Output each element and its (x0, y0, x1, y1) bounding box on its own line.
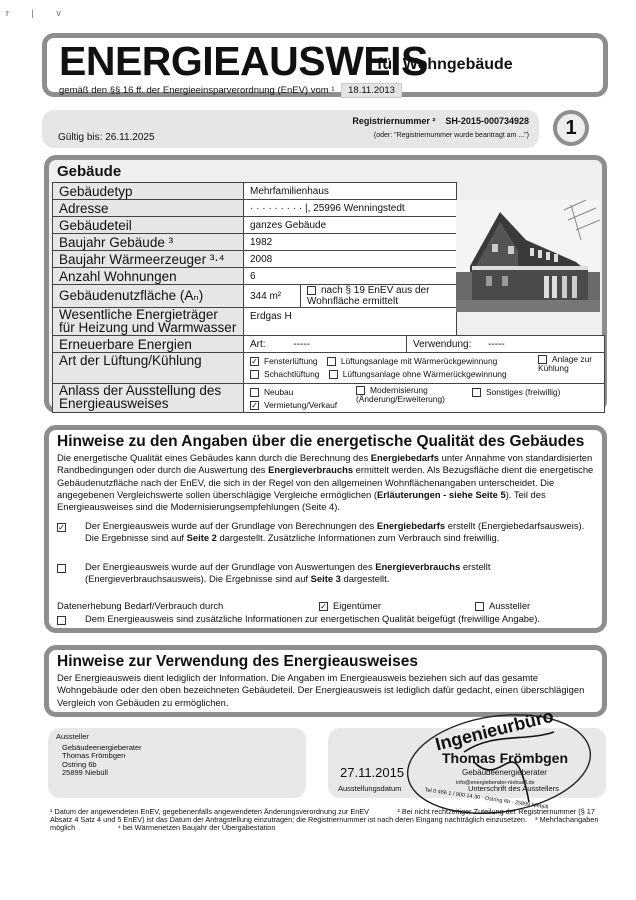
area-option-label: nach § 19 EnEV aus der Wohnfläche ermitt… (307, 285, 429, 307)
checkbox[interactable] (329, 370, 338, 379)
table-row: Anlass der Ausstellung des Energieauswei… (53, 384, 605, 413)
legal-basis: gemäß den §§ 16 ff. der Energieeinsparve… (59, 83, 402, 98)
table-row: Baujahr Gebäude ³1982 (53, 234, 457, 251)
table-row: Gebäudenutzfläche (Aₙ) 344 m² nach § 19 … (53, 285, 457, 308)
row-label: Adresse (53, 200, 244, 217)
row-label: Gebäudenutzfläche (Aₙ) (53, 285, 244, 308)
checkbox[interactable] (57, 564, 66, 573)
renewable-art: Art: ----- (244, 336, 407, 353)
table-row: Erneuerbare Energien Art: ----- Verwendu… (53, 336, 605, 353)
row-label: Anzahl Wohnungen (53, 268, 244, 285)
renewable-use-value: ----- (488, 339, 505, 350)
row-label: Art der Lüftung/Kühlung (53, 353, 244, 384)
row-value: 344 m² (244, 285, 301, 308)
scan-marks: r | v (6, 8, 71, 18)
row-label: Gebäudeteil (53, 217, 244, 234)
ventilation-options: ✓Fensterlüftung Lüftungsanlage mit Wärme… (244, 353, 605, 384)
issuer-box: Aussteller Gebäudeenergieberater Thomas … (48, 728, 306, 798)
issue-date-label: Ausstellungsdatum (338, 784, 401, 793)
quality-notes-title: Hinweise zu den Angaben über die energet… (57, 433, 584, 451)
option-label: Eigentümer (333, 600, 381, 611)
row-label: Gebäudetyp (53, 183, 244, 200)
issue-date: 27.11.2015 (340, 765, 404, 780)
building-table-lower: Erneuerbare Energien Art: ----- Verwendu… (52, 335, 605, 413)
table-row: Art der Lüftung/Kühlung ✓Fensterlüftung … (53, 353, 605, 384)
quality-notes-section: Hinweise zu den Angaben über die energet… (44, 425, 607, 633)
row-label: Baujahr Wärmeerzeuger ³·⁴ (53, 251, 244, 268)
checkbox[interactable] (307, 286, 316, 295)
option-fensterlueftung[interactable]: ✓Fensterlüftung (250, 356, 318, 366)
usage-notes-section: Hinweise zur Verwendung des Energieauswe… (44, 645, 607, 717)
option-text: Der Energieausweis wurde auf der Grundla… (85, 520, 597, 545)
legal-basis-text: gemäß den §§ 16 ff. der Energieeinsparve… (59, 85, 334, 96)
checkbox-checked[interactable]: ✓ (57, 523, 66, 532)
data-collection-label: Datenerhebung Bedarf/Verbrauch durch (57, 600, 223, 611)
issuer-line: 25899 Niebüll (62, 769, 142, 777)
row-label: Anlass der Ausstellung des Energieauswei… (53, 384, 244, 413)
checkbox-checked[interactable]: ✓ (250, 357, 259, 366)
option-label: Vermietung/Verkauf (264, 400, 337, 410)
registration: Registriernummer ² SH-2015-000734928 (352, 116, 529, 126)
option-lueftung-mit-wrg[interactable]: Lüftungsanlage mit Wärmerückgewinnung (327, 356, 497, 366)
option-label: Lüftungsanlage ohne Wärmerückgewinnung (343, 369, 507, 379)
option-label: Neubau (264, 387, 293, 397)
checkbox[interactable] (250, 388, 259, 397)
option-label: Schachtlüftung (264, 369, 319, 379)
table-row: GebäudetypMehrfamilienhaus (53, 183, 457, 200)
building-photo (456, 200, 600, 312)
renewable-art-label: Art: (250, 339, 266, 350)
renewable-use-label: Verwendung: (413, 339, 471, 350)
table-row: Baujahr Wärmeerzeuger ³·⁴2008 (53, 251, 457, 268)
issuer-address: Gebäudeenergieberater Thomas Frömbgen Os… (62, 744, 142, 777)
option-lueftung-ohne-wrg[interactable]: Lüftungsanlage ohne Wärmerückgewinnung (329, 369, 507, 379)
row-value: Mehrfamilienhaus (244, 183, 457, 200)
option-label: Sonstiges (freiwillig) (486, 387, 560, 397)
text: Die energetische Qualität eines Gebäudes… (57, 452, 371, 463)
checkbox[interactable] (57, 616, 66, 625)
row-value: · · · · · · · · · |, 25996 Wenningstedt (244, 200, 457, 217)
validity-bar: Gültig bis: 26.11.2025 Registriernummer … (42, 110, 539, 148)
option-label: Fensterlüftung (264, 356, 318, 366)
document-title: ENERGIEAUSWEIS (59, 38, 428, 84)
table-row: Adresse· · · · · · · · · |, 25996 Wennin… (53, 200, 457, 217)
registration-note: (oder: "Registriernummer wurde beantragt… (374, 132, 529, 139)
option-label: Lüftungsanlage mit Wärmerückgewinnung (341, 356, 497, 366)
valid-until: Gültig bis: 26.11.2025 (58, 132, 155, 143)
footnotes: ¹ Datum der angewendeten EnEV, gegebenen… (50, 808, 610, 833)
option-label: Aussteller (489, 600, 530, 611)
checkbox[interactable] (250, 370, 259, 379)
issuer-label: Aussteller (56, 732, 89, 741)
document-header: ENERGIEAUSWEIS für Wohngebäude gemäß den… (42, 33, 608, 97)
renewable-use: Verwendung: ----- (407, 336, 605, 353)
bold-text: Energiebedarfs (371, 452, 439, 463)
option-kuehlung[interactable]: Anlage zur Kühlung (538, 355, 598, 373)
building-table: GebäudetypMehrfamilienhaus Adresse· · · … (52, 182, 457, 348)
option-modernisierung[interactable]: Modernisierung (Änderung/Erweiterung) (356, 386, 466, 404)
bold-text: Erläuterungen - siehe Seite 5 (377, 489, 506, 500)
registration-label: Registriernummer ² (352, 116, 435, 126)
footnote-4: ⁴ bei Wärmenetzen Baujahr der Übergabest… (118, 823, 276, 832)
legal-basis-date: 18.11.2013 (341, 83, 402, 98)
stamp-name: Thomas Frömbgen (442, 750, 568, 766)
checkbox[interactable] (327, 357, 336, 366)
renewable-art-value: ----- (293, 339, 310, 350)
area-option[interactable]: nach § 19 EnEV aus der Wohnfläche ermitt… (301, 285, 457, 308)
option-schachtlueftung[interactable]: Schachtlüftung (250, 369, 319, 379)
bold-text: Energieverbrauchs (268, 464, 353, 475)
reason-options: Neubau ✓Vermietung/Verkauf Modernisierun… (244, 384, 605, 413)
row-value: 6 (244, 268, 457, 285)
option-aussteller[interactable]: Aussteller (475, 600, 530, 612)
option-text: Dem Energieausweis sind zusätzliche Info… (85, 613, 605, 625)
option-sonstiges[interactable]: Sonstiges (freiwillig) (472, 386, 560, 398)
checkbox-checked[interactable]: ✓ (250, 401, 259, 410)
checkbox[interactable] (472, 388, 481, 397)
row-value: 1982 (244, 234, 457, 251)
row-value: ganzes Gebäude (244, 217, 457, 234)
row-value: 2008 (244, 251, 457, 268)
table-row: Anzahl Wohnungen6 (53, 268, 457, 285)
option-neubau[interactable]: Neubau (250, 386, 293, 398)
quality-notes-intro: Die energetische Qualität eines Gebäudes… (57, 452, 597, 513)
data-collection-row: Datenerhebung Bedarf/Verbrauch durch ✓Ei… (57, 600, 597, 612)
option-text: Der Energieausweis wurde auf der Grundla… (85, 561, 597, 586)
stamp-email: info@energieberater-niebuell.de (456, 780, 535, 786)
option-vermietung-verkauf[interactable]: ✓Vermietung/Verkauf (250, 399, 337, 411)
document-subtitle: für Wohngebäude (377, 56, 513, 74)
usage-notes-text: Der Energieausweis dient lediglich der I… (57, 672, 597, 709)
building-photo-icon (456, 200, 600, 312)
page-number-badge: 1 (553, 110, 589, 146)
stamp-role: Gebäudeenergieberater (462, 768, 547, 777)
registration-number: SH-2015-000734928 (445, 116, 529, 126)
building-section: Gebäude GebäudetypMehrfamilienhaus Adres… (44, 155, 607, 413)
checkbox[interactable] (475, 602, 484, 611)
row-label: Erneuerbare Energien (53, 336, 244, 353)
option-label: Modernisierung (Änderung/Erweiterung) (356, 385, 445, 404)
issuer-stamp: Ingenieurbüro Thomas Frömbgen Gebäudeene… (404, 712, 594, 816)
usage-notes-title: Hinweise zur Verwendung des Energieauswe… (57, 653, 418, 671)
row-label: Baujahr Gebäude ³ (53, 234, 244, 251)
building-section-title: Gebäude (57, 163, 121, 180)
option-eigentuemer[interactable]: ✓Eigentümer (319, 600, 381, 612)
checkbox-checked[interactable]: ✓ (319, 602, 328, 611)
table-row: Gebäudeteilganzes Gebäude (53, 217, 457, 234)
